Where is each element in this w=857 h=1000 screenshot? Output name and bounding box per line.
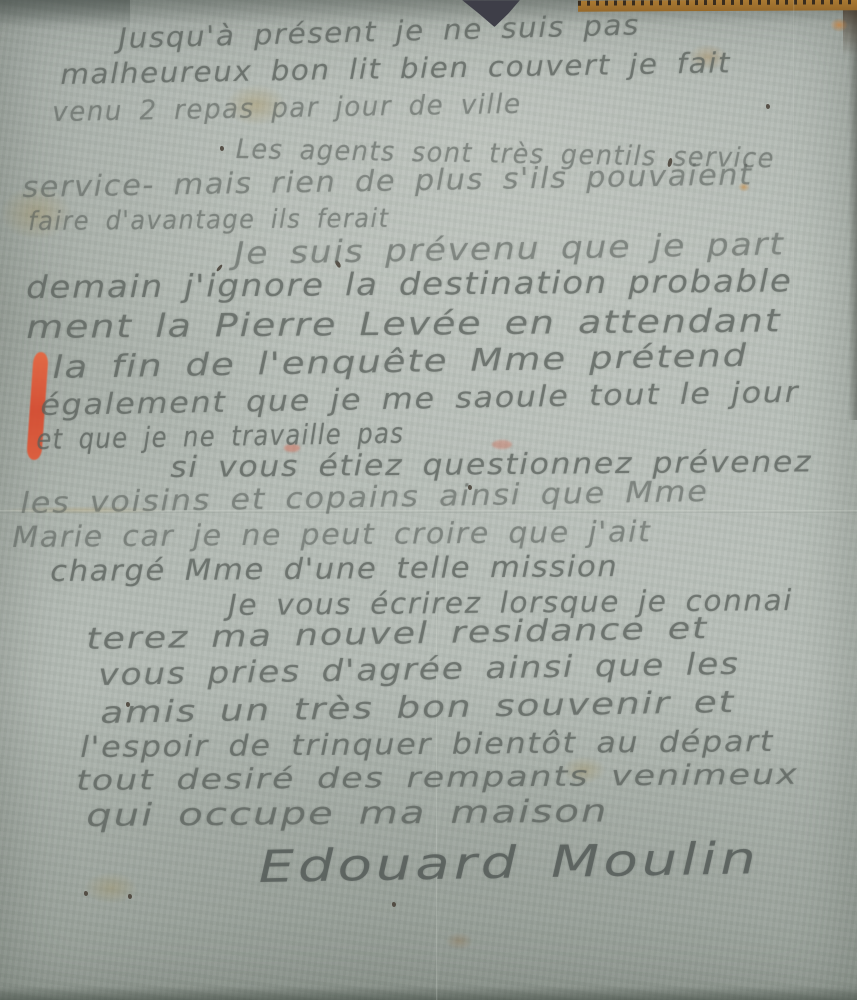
handwritten-line: demain j'ignore la destination probable xyxy=(26,263,793,306)
ink-speck xyxy=(128,894,132,899)
fold-crease-vertical xyxy=(793,0,795,430)
ink-speck xyxy=(392,902,396,907)
handwritten-line: qui occupe ma maison xyxy=(86,793,609,834)
letter-photograph: Jusqu'à présent je ne suis pas malheureu… xyxy=(0,0,857,1000)
signature: Edouard Moulin xyxy=(258,833,760,893)
ink-speck xyxy=(766,104,770,109)
handwritten-line: les voisins et copains ainsi que Mme xyxy=(20,474,709,520)
handwritten-line: faire d'avantage ils ferait xyxy=(28,204,390,237)
ink-speck xyxy=(220,146,224,151)
handwritten-line: Marie car je ne peut croire que j'ait xyxy=(12,514,652,554)
handwritten-line: tout desiré des rempants venimeux xyxy=(76,758,799,797)
paper-edge-bottom xyxy=(0,986,857,1000)
ink-speck xyxy=(84,891,88,896)
paper-edge-right xyxy=(848,0,857,420)
paper-corner-shadow xyxy=(0,0,130,30)
handwritten-line: service- mais rien de plus s'ils pouvaie… xyxy=(22,157,753,204)
stain xyxy=(445,932,473,950)
handwritten-line: venu 2 repas par jour de ville xyxy=(52,89,522,128)
handwritten-line: chargé Mme d'une telle mission xyxy=(50,549,619,588)
stain xyxy=(84,872,138,904)
handwritten-line: amis un très bon souvenir et xyxy=(100,685,736,731)
